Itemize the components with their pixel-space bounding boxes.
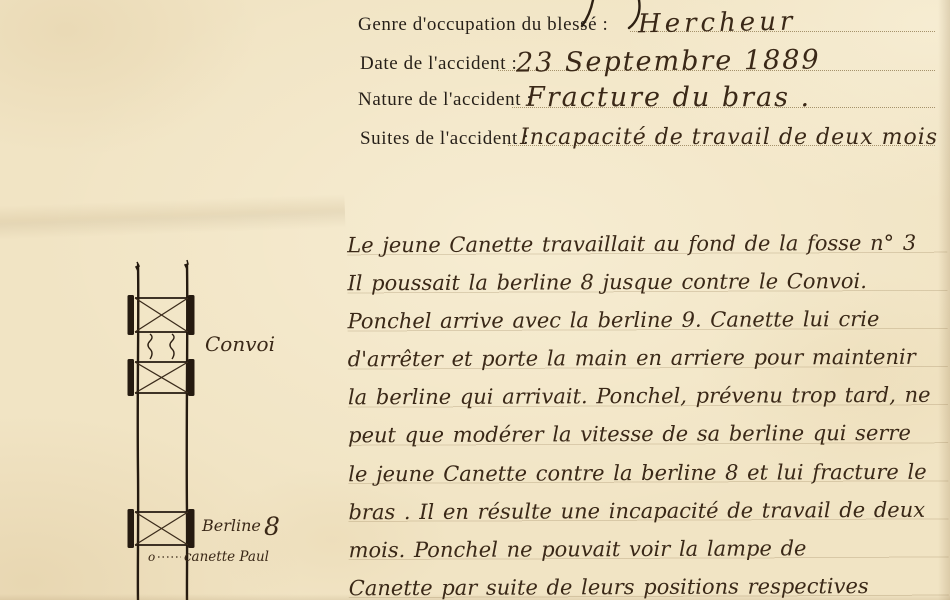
wagon-cross-lines [135,512,188,545]
form-field-value-date: 23 Septembre 1889 [516,44,821,78]
handwritten-line: bras . Il en résulte une incapacité de t… [348,490,948,531]
mine-track-diagram: Convoi Berline 8 o canette Paul [98,253,328,600]
handwritten-line: peut que modérer la vitesse de sa berlin… [348,414,948,455]
page-edge-shadow [938,0,950,600]
document-page: Genre d'occupation du blessé : Hercheur … [0,0,950,600]
canette-position-marker: o [148,550,155,564]
handwritten-line: la berline qui arrivait. Ponchel, préven… [348,376,948,417]
form-field-label-occupation: Genre d'occupation du blessé : [358,14,608,36]
canette-name-label: canette Paul [184,549,269,565]
handwritten-line: mois. Ponchel ne pouvait voir la lampe d… [349,528,949,569]
paper-crease [0,194,345,240]
berline-8-label: Berline [201,516,261,535]
wagon-end-bar [128,295,135,335]
handwritten-line: Ponchel arrive avec la berline 9. Canett… [348,300,948,341]
page-bottom-shadow [0,594,950,600]
wagon-end-bar [128,509,135,548]
handwritten-line: Le jeune Canette travaillait au fond de … [347,224,947,265]
form-field-label-suites: Suites de l'accident : [360,128,529,150]
handwritten-line: d'arrêter et porte la main en arriere po… [348,338,948,379]
form-field-label-nature: Nature de l'accident : [358,89,532,111]
rail-left [138,265,139,600]
handwritten-line: le jeune Canette contre la berline 8 et … [348,452,948,493]
narrative-block: Le jeune Canette travaillait au fond de … [347,224,949,600]
form-field-label-date: Date de l'accident : [360,53,517,75]
chain-left [148,334,152,359]
wagon-end-bar [188,295,195,335]
handwritten-line: Il poussait la berline 8 jusque contre l… [347,262,947,303]
form-field-value-nature: Fracture du bras . [526,82,811,113]
berline-8-number: 8 [264,512,280,541]
wagon-cross-lines [135,362,188,393]
wagon-end-bar [128,359,135,396]
wagon-end-bar [188,359,195,396]
form-field-value-occupation: Hercheur [638,7,797,40]
convoi-label: Convoi [205,332,275,356]
form-field-value-suites: Incapacité de travail de deux mois [520,125,938,150]
wagon-cross-lines [135,298,188,332]
wagon-end-bar [188,509,195,548]
coupling-chains [148,334,174,359]
chain-right [170,334,174,359]
